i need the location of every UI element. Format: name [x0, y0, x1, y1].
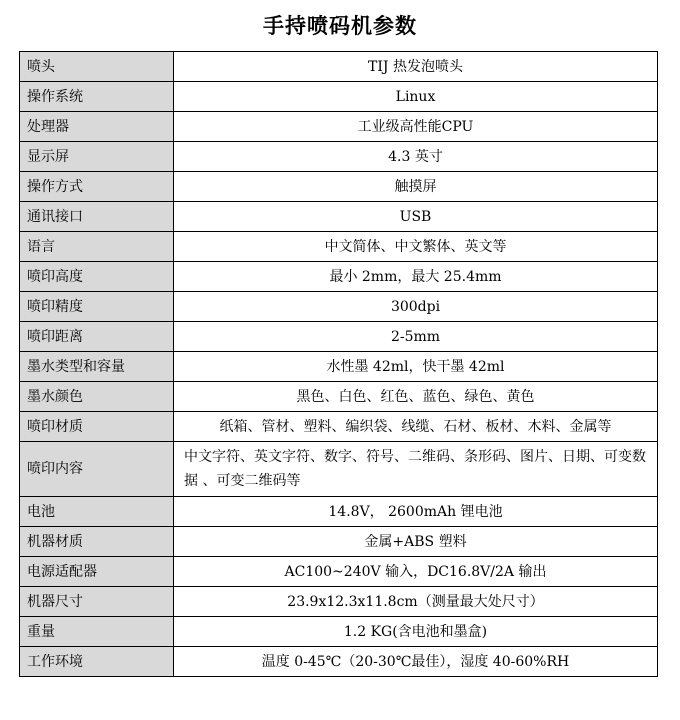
spec-label: 处理器 — [20, 112, 174, 142]
table-row: 墨水颜色 黑色、白色、红色、蓝色、绿色、黄色 — [20, 382, 658, 412]
spec-label: 电池 — [20, 497, 174, 527]
table-row: 喷印内容 中文字符、英文字符、数字、符号、二维码、条形码、图片、日期、可变数据 … — [20, 442, 658, 497]
spec-value: 最小 2mm，最大 25.4mm — [174, 262, 658, 292]
spec-label: 喷印距离 — [20, 322, 174, 352]
table-row: 操作方式 触摸屏 — [20, 172, 658, 202]
spec-value: 中文字符、英文字符、数字、符号、二维码、条形码、图片、日期、可变数据 、可变二维… — [174, 442, 658, 497]
spec-value: 温度 0-45℃（20-30℃最佳），湿度 40-60%RH — [174, 647, 658, 677]
table-row: 墨水类型和容量 水性墨 42ml，快干墨 42ml — [20, 352, 658, 382]
table-row: 喷印材质 纸箱、管材、塑料、编织袋、线缆、石材、板材、木料、金属等 — [20, 412, 658, 442]
table-row: 工作环境 温度 0-45℃（20-30℃最佳），湿度 40-60%RH — [20, 647, 658, 677]
spec-label: 墨水颜色 — [20, 382, 174, 412]
spec-value: 金属+ABS 塑料 — [174, 527, 658, 557]
spec-label: 机器材质 — [20, 527, 174, 557]
spec-value: 14.8V， 2600mAh 锂电池 — [174, 497, 658, 527]
table-row: 电池 14.8V， 2600mAh 锂电池 — [20, 497, 658, 527]
spec-value: 23.9x12.3x11.8cm（测量最大处尺寸） — [174, 587, 658, 617]
table-row: 喷头 TIJ 热发泡喷头 — [20, 52, 658, 82]
spec-value: 300dpi — [174, 292, 658, 322]
spec-label: 喷印内容 — [20, 442, 174, 497]
spec-table: 喷头 TIJ 热发泡喷头 操作系统 Linux 处理器 工业级高性能CPU 显示… — [19, 51, 658, 677]
spec-value: TIJ 热发泡喷头 — [174, 52, 658, 82]
spec-label: 喷印高度 — [20, 262, 174, 292]
table-row: 喷印距离 2-5mm — [20, 322, 658, 352]
table-row: 喷印精度 300dpi — [20, 292, 658, 322]
spec-label: 通讯接口 — [20, 202, 174, 232]
table-row: 语言 中文简体、中文繁体、英文等 — [20, 232, 658, 262]
table-row: 重量 1.2 KG(含电池和墨盒) — [20, 617, 658, 647]
table-row: 喷印高度 最小 2mm，最大 25.4mm — [20, 262, 658, 292]
table-row: 机器尺寸 23.9x12.3x11.8cm（测量最大处尺寸） — [20, 587, 658, 617]
spec-value: 纸箱、管材、塑料、编织袋、线缆、石材、板材、木料、金属等 — [174, 412, 658, 442]
page-title: 手持喷码机参数 — [0, 11, 680, 41]
spec-value: 4.3 英寸 — [174, 142, 658, 172]
spec-label: 机器尺寸 — [20, 587, 174, 617]
table-row: 操作系统 Linux — [20, 82, 658, 112]
spec-value: USB — [174, 202, 658, 232]
spec-label: 喷印精度 — [20, 292, 174, 322]
spec-label: 操作系统 — [20, 82, 174, 112]
table-row: 电源适配器 AC100~240V 输入，DC16.8V/2A 输出 — [20, 557, 658, 587]
spec-label: 显示屏 — [20, 142, 174, 172]
spec-value: 1.2 KG(含电池和墨盒) — [174, 617, 658, 647]
spec-value: AC100~240V 输入，DC16.8V/2A 输出 — [174, 557, 658, 587]
spec-label: 电源适配器 — [20, 557, 174, 587]
spec-value: 水性墨 42ml，快干墨 42ml — [174, 352, 658, 382]
spec-label: 喷头 — [20, 52, 174, 82]
spec-label: 操作方式 — [20, 172, 174, 202]
spec-value: 2-5mm — [174, 322, 658, 352]
spec-label: 喷印材质 — [20, 412, 174, 442]
spec-label: 重量 — [20, 617, 174, 647]
table-row: 通讯接口 USB — [20, 202, 658, 232]
spec-value: 触摸屏 — [174, 172, 658, 202]
spec-label: 语言 — [20, 232, 174, 262]
spec-value: 中文简体、中文繁体、英文等 — [174, 232, 658, 262]
table-row: 机器材质 金属+ABS 塑料 — [20, 527, 658, 557]
spec-label: 墨水类型和容量 — [20, 352, 174, 382]
spec-value: 工业级高性能CPU — [174, 112, 658, 142]
spec-value: 黑色、白色、红色、蓝色、绿色、黄色 — [174, 382, 658, 412]
spec-value: Linux — [174, 82, 658, 112]
table-row: 显示屏 4.3 英寸 — [20, 142, 658, 172]
spec-label: 工作环境 — [20, 647, 174, 677]
table-row: 处理器 工业级高性能CPU — [20, 112, 658, 142]
